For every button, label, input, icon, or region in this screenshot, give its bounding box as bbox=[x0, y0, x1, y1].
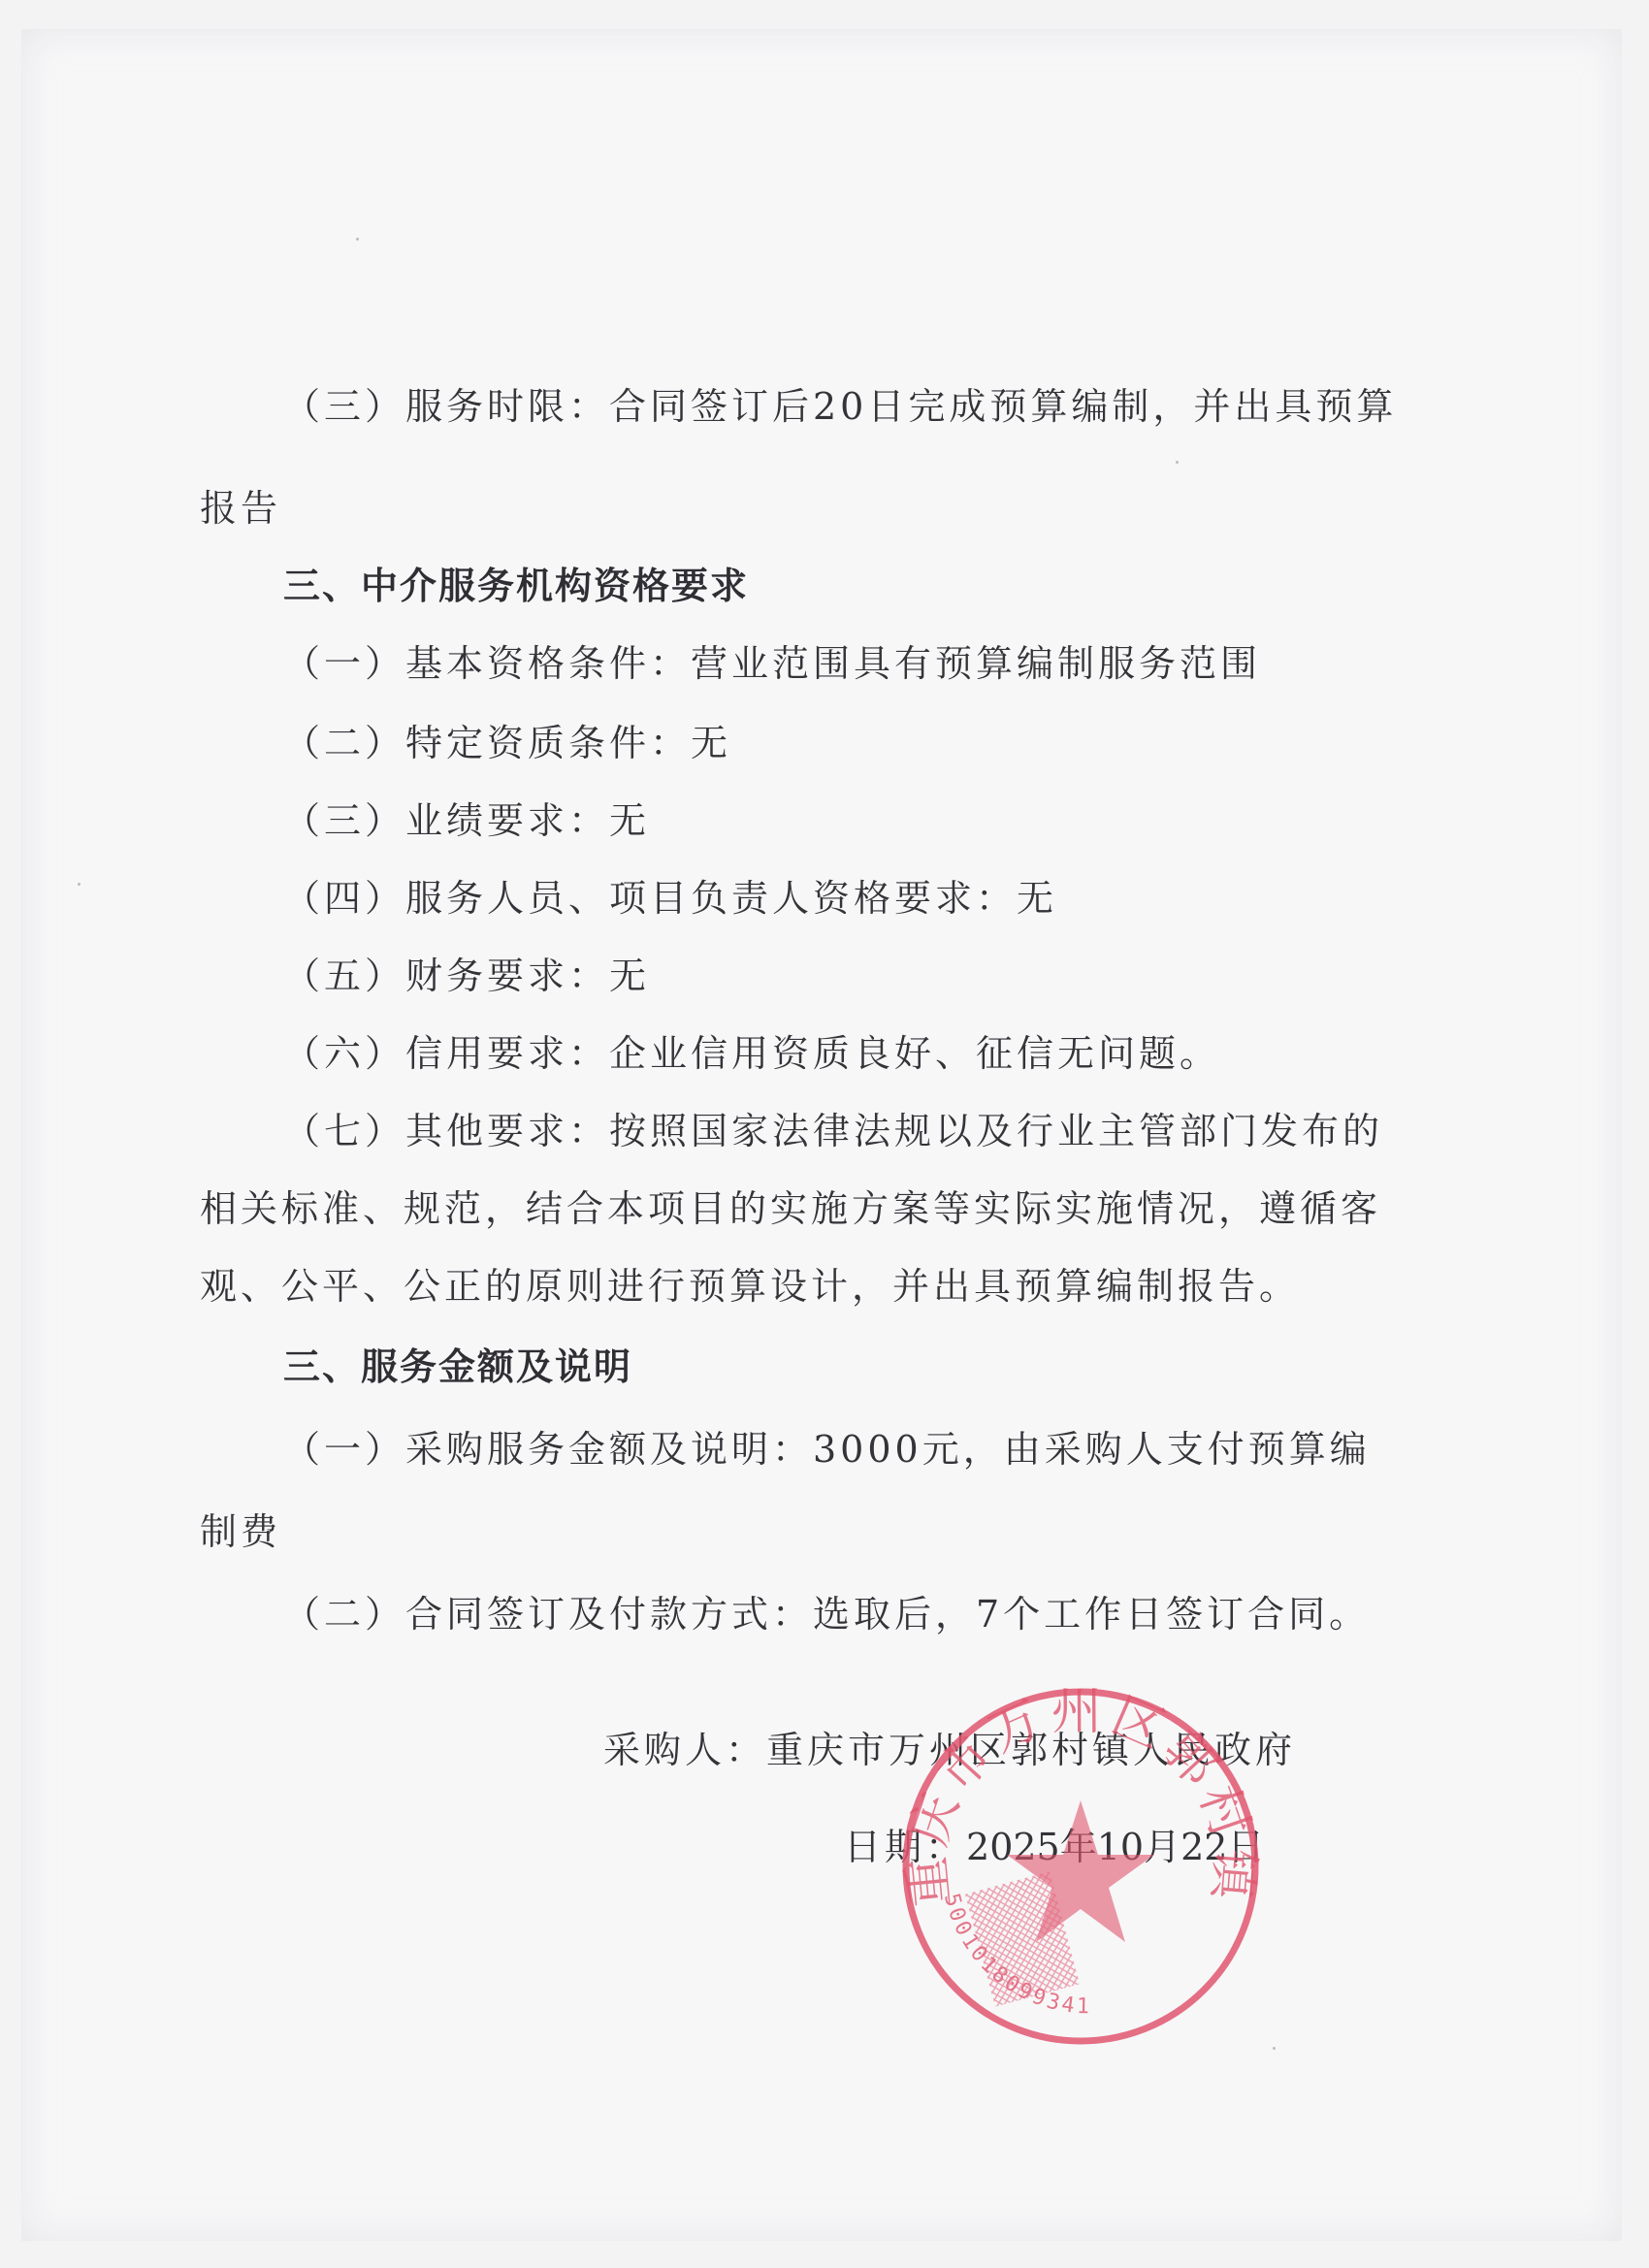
purchaser-label: 采购人： bbox=[603, 1729, 766, 1771]
paragraph-contract-payment: （二）合同签订及付款方式：选取后，7个工作日签订合同。 bbox=[283, 1591, 1370, 1637]
paragraph-purchase-amount: （一）采购服务金额及说明：3000元，由采购人支付预算编 bbox=[283, 1426, 1371, 1473]
paragraph-specific-qualification: （二）特定资质条件：无 bbox=[283, 720, 731, 766]
document-page: （三）服务时限：合同签订后20日完成预算编制，并出具预算 报告 三、中介服务机构… bbox=[21, 29, 1622, 2241]
paragraph-financial-requirement: （五）财务要求：无 bbox=[283, 953, 650, 999]
paragraph-basic-qualification: （一）基本资格条件：营业范围具有预算编制服务范围 bbox=[283, 640, 1261, 687]
date-label: 日期： bbox=[844, 1826, 966, 1868]
scan-speck bbox=[1176, 461, 1179, 464]
paragraph-service-period-continuation: 报告 bbox=[200, 485, 281, 532]
svg-text:5001018099341: 5001018099341 bbox=[939, 1891, 1092, 2019]
scan-speck bbox=[356, 238, 359, 241]
paragraph-service-period: （三）服务时限：合同签订后20日完成预算编制，并出具预算 bbox=[283, 383, 1397, 430]
paragraph-purchase-amount-continuation: 制费 bbox=[200, 1508, 281, 1555]
paragraph-other-requirement: （七）其他要求：按照国家法律法规以及行业主管部门发布的 bbox=[283, 1108, 1383, 1154]
paragraph-other-requirement-line-3: 观、公平、公正的原则进行预算设计，并出具预算编制报告。 bbox=[200, 1263, 1300, 1310]
signature-purchaser: 采购人：重庆市万州区郭村镇人民政府 bbox=[603, 1727, 1296, 1773]
scan-speck bbox=[78, 883, 81, 886]
paragraph-credit-requirement: （六）信用要求：企业信用资质良好、征信无问题。 bbox=[283, 1030, 1220, 1077]
paragraph-personnel-requirement: （四）服务人员、项目负责人资格要求：无 bbox=[283, 875, 1057, 922]
signature-date: 日期：2025年10月22日 bbox=[844, 1824, 1264, 1870]
paragraph-other-requirement-line-2: 相关标准、规范，结合本项目的实施方案等实际实施情况，遵循客 bbox=[200, 1185, 1381, 1232]
scan-speck bbox=[1273, 2047, 1276, 2050]
section-heading-amount: 三、服务金额及说明 bbox=[283, 1344, 632, 1390]
section-heading-qualification: 三、中介服务机构资格要求 bbox=[283, 563, 749, 609]
svg-text:重庆市万州区郭村镇人民政府: 重庆市万州区郭村镇人民政府 bbox=[887, 1672, 1264, 1910]
purchaser-name: 重庆市万州区郭村镇人民政府 bbox=[766, 1729, 1296, 1771]
paragraph-performance-requirement: （三）业绩要求：无 bbox=[283, 797, 650, 844]
date-value: 2025年10月22日 bbox=[966, 1826, 1264, 1868]
